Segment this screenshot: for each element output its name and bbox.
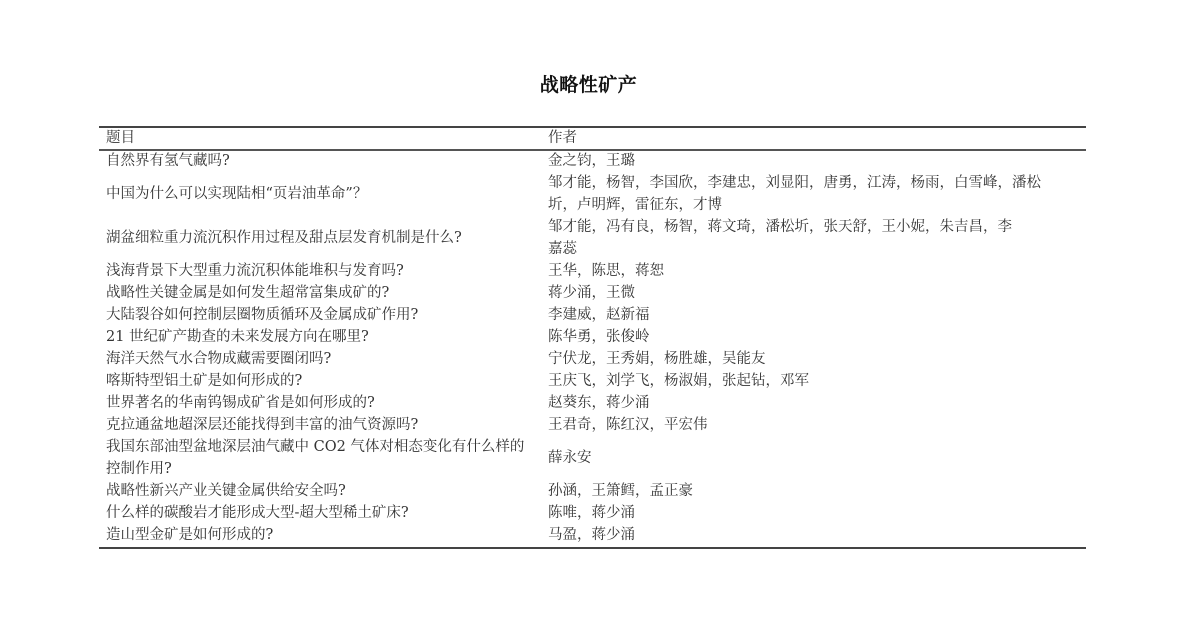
row-authors: 陈华勇，张俊岭	[548, 327, 1086, 349]
row-title: 喀斯特型铝土矿是如何形成的?	[99, 371, 548, 393]
row-title: 造山型金矿是如何形成的?	[99, 525, 548, 547]
row-title: 浅海背景下大型重力流沉积体能堆积与发育吗?	[99, 261, 548, 283]
table-row: 海洋天然气水合物成藏需要圈闭吗? 宁伏龙，王秀娟，杨胜雄，吴能友	[99, 349, 1086, 371]
row-authors: 宁伏龙，王秀娟，杨胜雄，吴能友	[548, 349, 1086, 371]
row-title: 湖盆细粒重力流沉积作用过程及甜点层发育机制是什么?	[99, 217, 548, 261]
row-title: 海洋天然气水合物成藏需要圈闭吗?	[99, 349, 548, 371]
row-authors: 马盈，蒋少涌	[548, 525, 1086, 547]
table-row: 世界著名的华南钨锡成矿省是如何形成的? 赵葵东，蒋少涌	[99, 393, 1086, 415]
row-title: 21 世纪矿产勘查的未来发展方向在哪里?	[99, 327, 548, 349]
row-title: 世界著名的华南钨锡成矿省是如何形成的?	[99, 393, 548, 415]
row-title: 中国为什么可以实现陆相“页岩油革命”？	[99, 173, 548, 217]
table-header-row: 题目 作者	[99, 128, 1086, 149]
row-authors: 孙涵，王箫鳕，孟正豪	[548, 481, 1086, 503]
table-row: 我国东部油型盆地深层油气藏中 CO2 气体对相态变化有什么样的控制作用? 薛永安	[99, 437, 1086, 481]
table-row: 湖盆细粒重力流沉积作用过程及甜点层发育机制是什么? 邹才能，冯有良，杨智，蒋文琦…	[99, 217, 1086, 261]
row-title: 我国东部油型盆地深层油气藏中 CO2 气体对相态变化有什么样的控制作用?	[99, 437, 548, 481]
table-row: 大陆裂谷如何控制层圈物质循环及金属成矿作用? 李建威，赵新福	[99, 305, 1086, 327]
table-row: 浅海背景下大型重力流沉积体能堆积与发育吗? 王华，陈思，蒋恕	[99, 261, 1086, 283]
row-authors: 蒋少涌，王微	[548, 283, 1086, 305]
row-title: 战略性新兴产业关键金属供给安全吗?	[99, 481, 548, 503]
document-title: 战略性矿产	[0, 70, 1177, 97]
row-title: 什么样的碳酸岩才能形成大型-超大型稀土矿床?	[99, 503, 548, 525]
row-authors: 李建威，赵新福	[548, 305, 1086, 327]
table-row: 战略性关键金属是如何发生超常富集成矿的? 蒋少涌，王微	[99, 283, 1086, 305]
table-bottom-rule	[99, 547, 1086, 550]
table-row: 自然界有氢气藏吗? 金之钧，王璐	[99, 151, 1086, 173]
table-row: 21 世纪矿产勘查的未来发展方向在哪里? 陈华勇，张俊岭	[99, 327, 1086, 349]
row-title: 自然界有氢气藏吗?	[99, 151, 548, 173]
article-table: 题目 作者 自然界有氢气藏吗? 金之钧，王璐 中国为什么可以实现陆相“页岩油革命…	[99, 126, 1086, 549]
row-title: 战略性关键金属是如何发生超常富集成矿的?	[99, 283, 548, 305]
table-row: 什么样的碳酸岩才能形成大型-超大型稀土矿床? 陈唯，蒋少涌	[99, 503, 1086, 525]
table-row: 中国为什么可以实现陆相“页岩油革命”？ 邹才能，杨智，李国欣，李建忠，刘显阳，唐…	[99, 173, 1086, 217]
header-title-column: 题目	[99, 128, 548, 149]
row-title: 大陆裂谷如何控制层圈物质循环及金属成矿作用?	[99, 305, 548, 327]
row-authors: 金之钧，王璐	[548, 151, 1086, 173]
table-row: 战略性新兴产业关键金属供给安全吗? 孙涵，王箫鳕，孟正豪	[99, 481, 1086, 503]
row-authors: 王庆飞，刘学飞，杨淑娟，张起钻，邓军	[548, 371, 1086, 393]
header-authors-column: 作者	[548, 128, 1086, 149]
table-row: 造山型金矿是如何形成的? 马盈，蒋少涌	[99, 525, 1086, 547]
row-authors: 陈唯，蒋少涌	[548, 503, 1086, 525]
row-title: 克拉通盆地超深层还能找得到丰富的油气资源吗?	[99, 415, 548, 437]
row-authors: 薛永安	[548, 437, 1086, 481]
table-row: 喀斯特型铝土矿是如何形成的? 王庆飞，刘学飞，杨淑娟，张起钻，邓军	[99, 371, 1086, 393]
row-authors: 王华，陈思，蒋恕	[548, 261, 1086, 283]
row-authors: 王君奇，陈红汉，平宏伟	[548, 415, 1086, 437]
row-authors: 赵葵东，蒋少涌	[548, 393, 1086, 415]
table-row: 克拉通盆地超深层还能找得到丰富的油气资源吗? 王君奇，陈红汉，平宏伟	[99, 415, 1086, 437]
row-authors: 邹才能，杨智，李国欣，李建忠，刘显阳，唐勇，江涛，杨雨，白雪峰，潘松圻，卢明辉，…	[548, 173, 1086, 217]
row-authors: 邹才能，冯有良，杨智，蒋文琦，潘松圻，张天舒，王小妮，朱吉昌，李嘉蕊	[548, 217, 1086, 261]
